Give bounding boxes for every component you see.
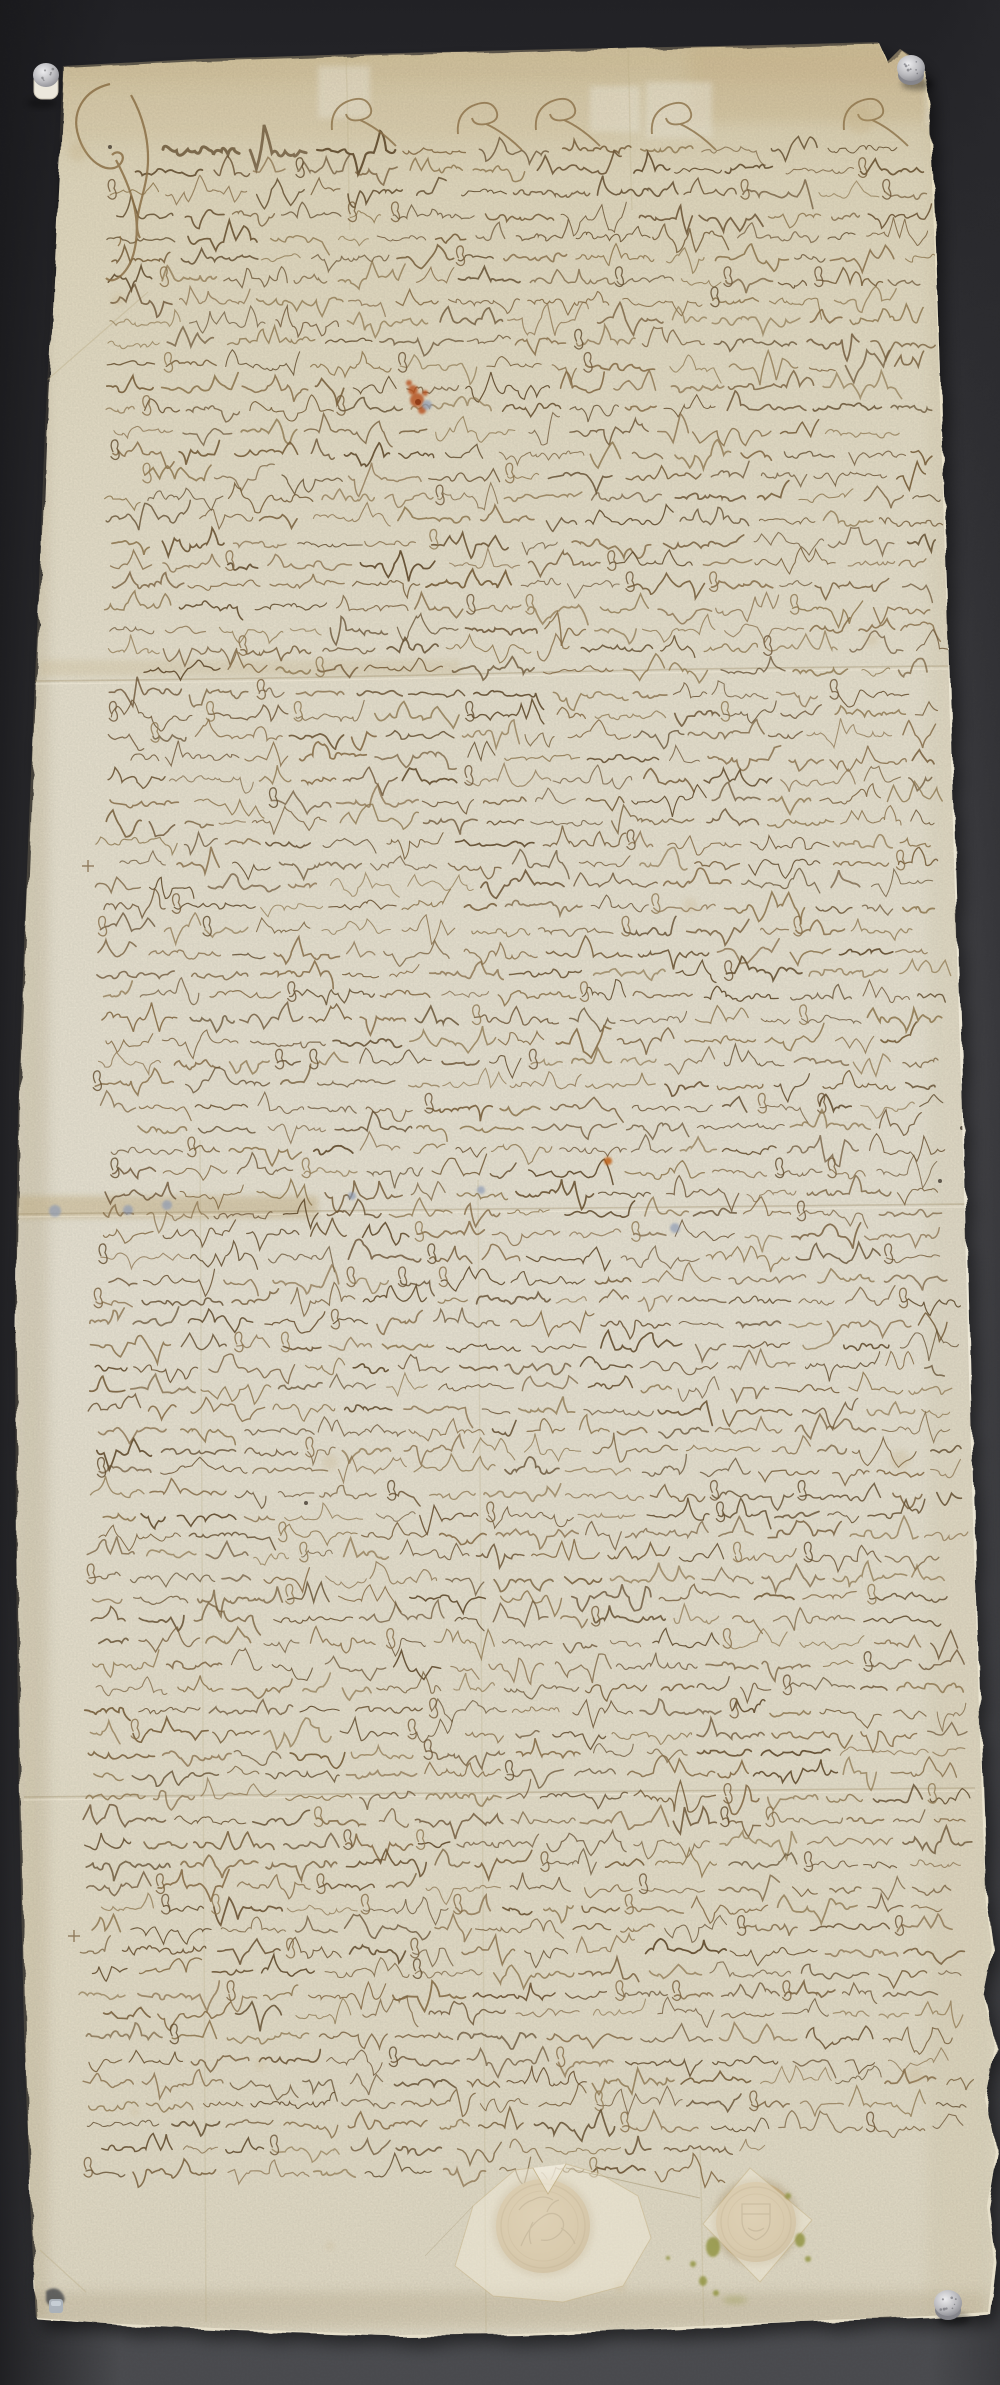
blue-gray-spot [49, 1205, 61, 1217]
paper-surface [12, 42, 996, 2335]
blue-gray-spot [670, 1223, 680, 1233]
red-wax-stain [422, 390, 428, 396]
blue-gray-spot [123, 1205, 133, 1215]
document-photo-canvas [0, 0, 1000, 2385]
blue-gray-spot [162, 1200, 172, 1210]
red-wax-stain [406, 380, 412, 386]
manuscript-photograph [0, 0, 1000, 2385]
blue-gray-spot [348, 1192, 356, 1200]
pin-head [33, 63, 59, 87]
blue-gray-spot [477, 1186, 485, 1194]
pin-head [934, 2290, 962, 2316]
blue-gray-spot [422, 400, 432, 410]
pin-head [897, 55, 925, 81]
